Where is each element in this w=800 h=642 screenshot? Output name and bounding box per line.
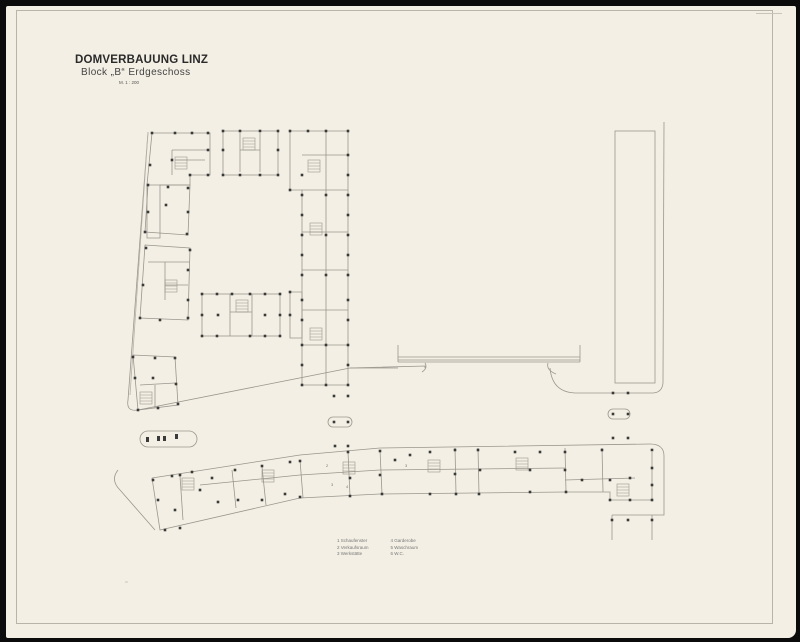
legend-column-1: 1 Schaufenster 2 Verkaufsraum 3 Werkstät… (337, 538, 369, 558)
structural-columns (132, 130, 654, 532)
room-label: 4 (346, 484, 349, 489)
room-label: 3 (405, 463, 408, 468)
legend-item: 5 Waschraum (391, 545, 419, 550)
east-building-outline (615, 131, 655, 383)
block-north-center (223, 131, 278, 175)
legend-item: 3 Werkstätte (337, 551, 369, 556)
legend-item: 6 W.C. (391, 551, 419, 556)
room-legend: 1 Schaufenster 2 Verkaufsraum 3 Werkstät… (337, 538, 418, 558)
legend-item: 4 Garderobe (391, 538, 419, 543)
room-label: 3 (331, 482, 334, 487)
legend-item: 1 Schaufenster (337, 538, 369, 543)
block-west-wing (147, 133, 210, 238)
legend-column-2: 4 Garderobe 5 Waschraum 6 W.C. (391, 538, 419, 558)
street-curb-mid (350, 368, 612, 393)
legend-item: 2 Verkaufsraum (337, 545, 369, 550)
stair-wc-details (140, 138, 629, 496)
room-label: 2 (326, 463, 329, 468)
plaza-railing (398, 345, 580, 362)
